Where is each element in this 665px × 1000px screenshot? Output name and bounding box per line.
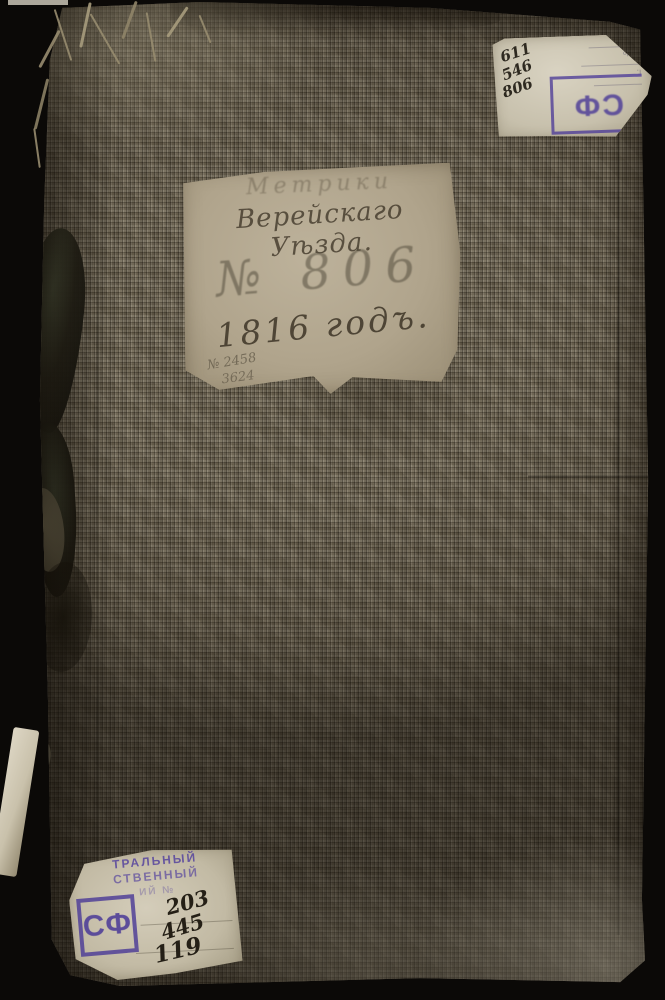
label-pencil-note-2: 3624	[221, 368, 256, 387]
printed-form-rule	[581, 63, 647, 66]
bottom-left-handwritten-numbers: 203 445 119	[165, 889, 217, 963]
main-title-label: Метрики Верейскаго Уѣзда. № 806 1816 год…	[180, 162, 464, 397]
frayed-thread	[33, 128, 41, 168]
protruding-page-slip	[0, 727, 39, 877]
burlap-book-cover	[30, 2, 650, 988]
lighting-vignette	[30, 2, 650, 988]
sf-stamp-text: СФ	[572, 86, 624, 122]
book-cover-photograph: Метрики Верейскаго Уѣзда. № 806 1816 год…	[0, 0, 665, 1000]
handwritten-number: 119	[152, 934, 204, 968]
bottom-left-archive-label: ТРАЛЬНЫЙ СТВЕННЫЙ ИЙ № СФ 203 445 119	[67, 846, 243, 983]
frayed-thread	[34, 78, 49, 129]
sf-stamp-text: СФ	[82, 906, 134, 944]
backdrop-edge-sliver	[8, 0, 68, 5]
top-right-handwritten-numbers: 611 546 806	[498, 40, 544, 98]
sf-stamp-box: СФ	[76, 894, 139, 957]
